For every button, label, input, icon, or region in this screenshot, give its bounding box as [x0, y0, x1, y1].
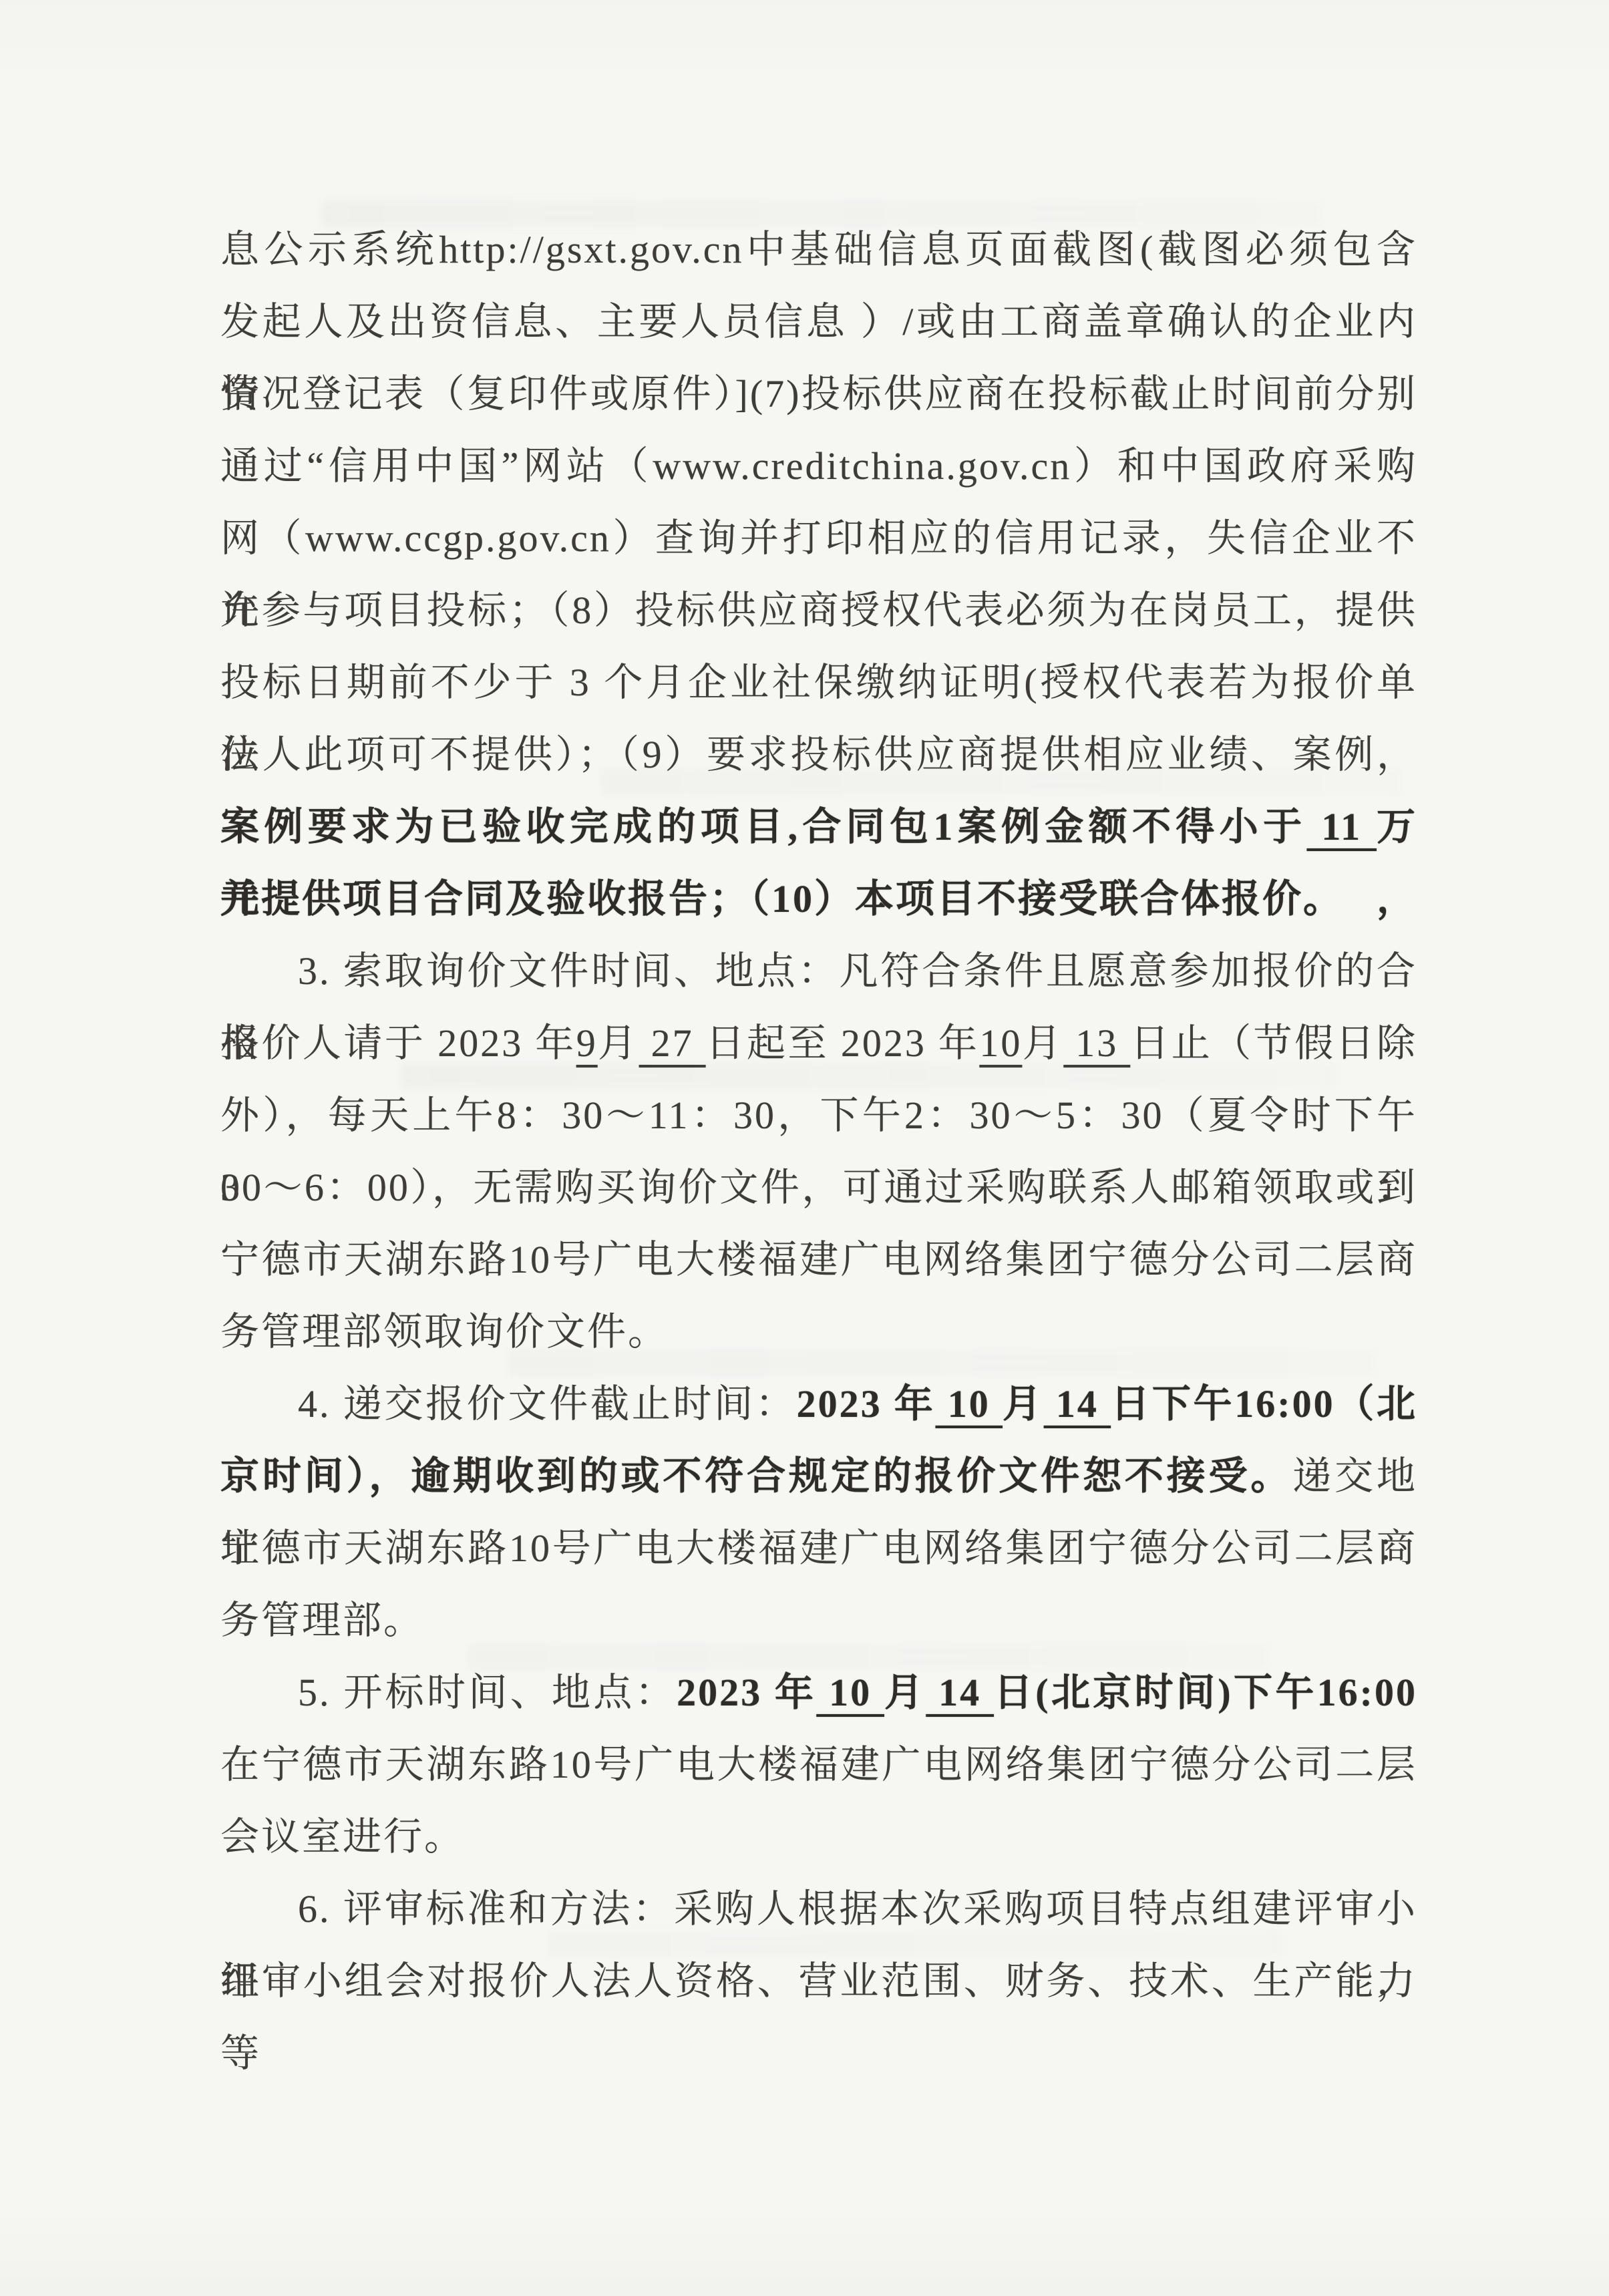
text-line: 通过“信用中国”网站（www.creditchina.gov.cn）和中国政府采… — [220, 430, 1417, 502]
text-segment: 4. 递交报价文件截止时间： — [298, 1382, 797, 1426]
text-segment: 月 — [1003, 1382, 1044, 1426]
text-segment: 日(北京时间)下午16:00 — [994, 1671, 1417, 1714]
text-segment: 许参与项目投标；（8）投标供应商授权代表必须为在岗员工，提供 — [220, 589, 1417, 632]
text-segment: 在宁德市天湖东路10号广电大楼福建广电网络集团宁德分公司二层 — [220, 1743, 1417, 1786]
document-body: 息公示系统http://gsxt.gov.cn中基础信息页面截图(截图必须包含发… — [220, 214, 1417, 2017]
text-segment: 会议室进行。 — [220, 1815, 465, 1858]
text-segment: 案例要求为已验收完成的项目,合同包1案例金额不得小于 — [220, 805, 1306, 848]
text-line: 息公示系统http://gsxt.gov.cn中基础信息页面截图(截图必须包含 — [220, 214, 1417, 286]
underlined-blank-value: 9 — [576, 1021, 598, 1065]
text-segment: 息公示系统http://gsxt.gov.cn中基础信息页面截图(截图必须包含 — [220, 228, 1417, 271]
text-line: 宁德市天湖东路10号广电大楼福建广电网络集团宁德分公司二层商 — [220, 1512, 1417, 1585]
text-segment: 报价人请于 2023 年 — [220, 1021, 576, 1065]
text-segment: 2023 年 — [677, 1671, 816, 1714]
underlined-blank-value: 27 — [639, 1021, 706, 1065]
text-segment: 评审小组会对报价人法人资格、营业范围、财务、技术、生产能力等 — [220, 1959, 1417, 2075]
text-line: 网（www.ccgp.gov.cn）查询并打印相应的信用记录，失信企业不允 — [220, 502, 1417, 575]
underlined-blank-value: 14 — [1044, 1382, 1111, 1426]
text-line: 京时间），逾期收到的或不符合规定的报价文件恕不接受。递交地址： — [220, 1440, 1417, 1512]
text-line: 在宁德市天湖东路10号广电大楼福建广电网络集团宁德分公司二层 — [220, 1729, 1417, 1801]
text-segment: 月 — [884, 1671, 926, 1714]
text-segment: 京时间），逾期收到的或不符合规定的报价文件恕不接受。 — [220, 1454, 1292, 1498]
text-line: 许参与项目投标；（8）投标供应商授权代表必须为在岗员工，提供 — [220, 575, 1417, 647]
text-line: 6. 评审标准和方法：采购人根据本次采购项目特点组建评审小组， — [220, 1873, 1417, 1945]
text-segment: 月 — [598, 1021, 639, 1065]
text-line: 5. 开标时间、地点：2023 年 10 月 14 日(北京时间)下午16:00 — [220, 1657, 1417, 1729]
text-line: 4. 递交报价文件截止时间：2023 年 10 月 14 日下午16:00（北 — [220, 1368, 1417, 1440]
underlined-blank-value: 10 — [979, 1021, 1022, 1065]
text-line: 投标日期前不少于 3 个月企业社保缴纳证明(授权代表若为报价单位 — [220, 647, 1417, 719]
text-segment: 5. 开标时间、地点： — [298, 1671, 677, 1714]
text-segment: 务管理部领取询价文件。 — [220, 1310, 669, 1353]
text-segment: 法人此项可不提供）；（9）要求投标供应商提供相应业绩、案例， — [220, 733, 1417, 776]
text-segment: 日起至 2023 年 — [706, 1021, 980, 1065]
text-line: 3. 索取询价文件时间、地点：凡符合条件且愿意参加报价的合格 — [220, 935, 1417, 1007]
text-segment: 日下午16:00（北 — [1111, 1382, 1417, 1426]
underlined-blank-value: 10 — [816, 1671, 884, 1714]
text-segment: 并提供项目合同及验收报告；（10）本项目不接受联合体报价。 — [220, 877, 1344, 921]
text-line: 外），每天上午8：30～11：30，下午2：30～5：30（夏令时下午3： — [220, 1080, 1417, 1152]
text-segment: 2023 年 — [797, 1382, 936, 1426]
text-segment: 宁德市天湖东路10号广电大楼福建广电网络集团宁德分公司二层商 — [220, 1526, 1417, 1570]
text-line: 务管理部。 — [220, 1585, 1417, 1657]
text-line: 案例要求为已验收完成的项目,合同包1案例金额不得小于 11 万元， — [220, 791, 1417, 863]
underlined-blank-value: 14 — [926, 1671, 994, 1714]
underlined-blank-value: 11 — [1306, 805, 1377, 848]
text-segment: 月 — [1022, 1021, 1063, 1065]
text-line: 务管理部领取询价文件。 — [220, 1296, 1417, 1368]
text-line: 法人此项可不提供）；（9）要求投标供应商提供相应业绩、案例， — [220, 719, 1417, 791]
text-line: 情况登记表（复印件或原件）](7)投标供应商在投标截止时间前分别 — [220, 358, 1417, 430]
text-segment: 宁德市天湖东路10号广电大楼福建广电网络集团宁德分公司二层商 — [220, 1238, 1417, 1281]
text-line: 00～6：00），无需购买询价文件，可通过采购联系人邮箱领取或到 — [220, 1152, 1417, 1224]
text-line: 会议室进行。 — [220, 1801, 1417, 1873]
text-segment: 通过“信用中国”网站（www.creditchina.gov.cn）和中国政府采… — [220, 444, 1417, 488]
text-segment: 00～6：00），无需购买询价文件，可通过采购联系人邮箱领取或到 — [220, 1166, 1417, 1209]
scanned-paper-background: 息公示系统http://gsxt.gov.cn中基础信息页面截图(截图必须包含发… — [0, 0, 1609, 2296]
text-line: 并提供项目合同及验收报告；（10）本项目不接受联合体报价。 — [220, 863, 1417, 935]
text-line: 报价人请于 2023 年9月 27 日起至 2023 年10月 13 日止（节假… — [220, 1007, 1417, 1080]
text-line: 评审小组会对报价人法人资格、营业范围、财务、技术、生产能力等 — [220, 1945, 1417, 2017]
text-line: 发起人及出资信息、主要人员信息 ）/或由工商盖章确认的企业内资 — [220, 286, 1417, 358]
text-segment: 务管理部。 — [220, 1599, 424, 1642]
text-segment: 日止（节假日除 — [1130, 1021, 1417, 1065]
text-segment: 情况登记表（复印件或原件）](7)投标供应商在投标截止时间前分别 — [220, 372, 1417, 416]
underlined-blank-value: 10 — [936, 1382, 1003, 1426]
underlined-blank-value: 13 — [1063, 1021, 1130, 1065]
text-line: 宁德市天湖东路10号广电大楼福建广电网络集团宁德分公司二层商 — [220, 1224, 1417, 1296]
